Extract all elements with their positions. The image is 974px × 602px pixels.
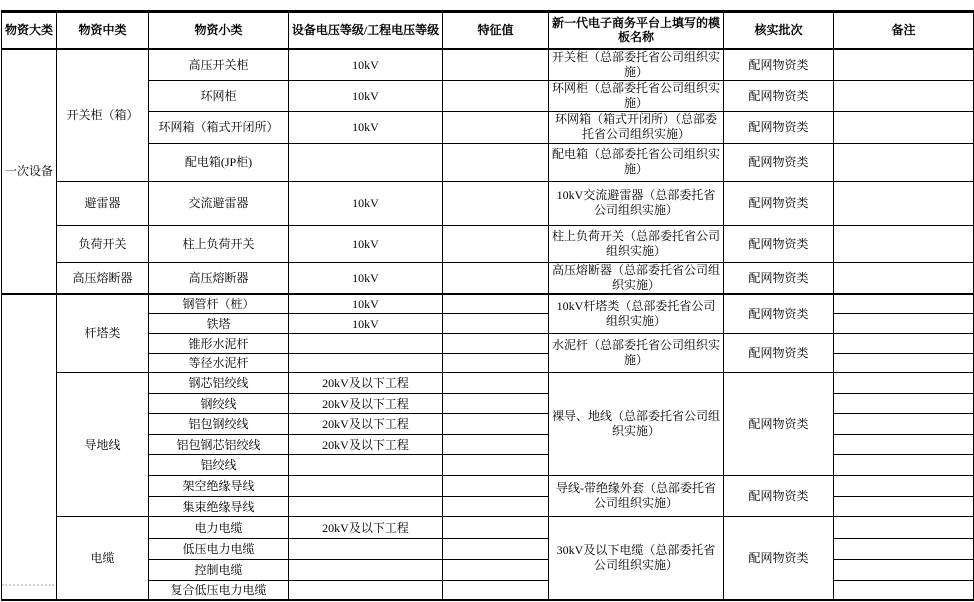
remark-cell xyxy=(834,181,974,225)
remark-cell xyxy=(834,497,974,517)
remark-cell xyxy=(834,143,974,181)
feature-value-cell xyxy=(443,294,549,314)
table-row: 导地线 钢芯铝绞线 20kV及以下工程 裸导、地线（总部委托省公司组织实施） 配… xyxy=(2,373,974,394)
remark-cell xyxy=(834,476,974,497)
remark-cell xyxy=(834,455,974,476)
verify-batch-cell: 配网物资类 xyxy=(724,476,834,517)
verify-batch-cell: 配网物资类 xyxy=(724,373,834,476)
header-row: 物资大类 物资中类 物资小类 设备电压等级/工程电压等级 特征值 新一代电子商务… xyxy=(2,12,974,49)
small-category-cell: 铝绞线 xyxy=(149,455,289,476)
voltage-level-cell: 10kV xyxy=(289,294,443,314)
voltage-level-cell xyxy=(289,354,443,373)
voltage-level-cell: 10kV xyxy=(289,314,443,334)
header-small-category: 物资小类 xyxy=(149,12,289,49)
template-name-cell: 环网箱（箱式开闭所）（总部委托省公司组织实施） xyxy=(549,111,724,143)
middle-category-cell: 负荷开关 xyxy=(57,225,149,262)
remark-cell xyxy=(834,294,974,314)
middle-category-cell: 电缆 xyxy=(57,517,149,600)
voltage-level-cell: 20kV及以下工程 xyxy=(289,517,443,539)
header-middle-category: 物资中类 xyxy=(57,12,149,49)
voltage-level-cell: 10kV xyxy=(289,111,443,143)
table-row: 高压熔断器 高压熔断器 10kV 高压熔断器（总部委托省公司组织实施） 配网物资… xyxy=(2,262,974,294)
remark-cell xyxy=(834,225,974,262)
remark-cell xyxy=(834,560,974,581)
remark-cell xyxy=(834,354,974,373)
feature-value-cell xyxy=(443,476,549,497)
header-verify-batch: 核实批次 xyxy=(724,12,834,49)
feature-value-cell xyxy=(443,111,549,143)
feature-value-cell xyxy=(443,581,549,600)
feature-value-cell xyxy=(443,225,549,262)
voltage-level-cell xyxy=(289,581,443,600)
voltage-level-cell xyxy=(289,334,443,354)
feature-value-cell xyxy=(443,394,549,414)
table-row: 负荷开关 柱上负荷开关 10kV 柱上负荷开关（总部委托省公司组织实施） 配网物… xyxy=(2,225,974,262)
feature-value-cell xyxy=(443,143,549,181)
verify-batch-cell: 配网物资类 xyxy=(724,262,834,294)
template-name-cell: 高压熔断器（总部委托省公司组织实施） xyxy=(549,262,724,294)
feature-value-cell xyxy=(443,80,549,111)
small-category-cell: 集束绝缘导线 xyxy=(149,497,289,517)
middle-category-cell: 开关柜（箱） xyxy=(57,49,149,182)
small-category-cell: 配电箱(JP柜) xyxy=(149,143,289,181)
voltage-level-cell xyxy=(289,476,443,497)
feature-value-cell xyxy=(443,435,549,455)
template-name-cell: 开关柜（总部委托省公司组织实施） xyxy=(549,49,724,81)
small-category-cell: 低压电力电缆 xyxy=(149,539,289,560)
feature-value-cell xyxy=(443,455,549,476)
voltage-level-cell xyxy=(289,497,443,517)
table-row: 一次设备 开关柜（箱） 高压开关柜 10kV 开关柜（总部委托省公司组织实施） … xyxy=(2,49,974,81)
remark-cell xyxy=(834,49,974,81)
middle-category-cell: 避雷器 xyxy=(57,181,149,225)
verify-batch-cell: 配网物资类 xyxy=(724,517,834,600)
voltage-level-cell: 10kV xyxy=(289,80,443,111)
template-name-cell: 配电箱（总部委托省公司组织实施） xyxy=(549,143,724,181)
verify-batch-cell: 配网物资类 xyxy=(724,225,834,262)
voltage-level-cell: 20kV及以下工程 xyxy=(289,373,443,394)
remark-cell xyxy=(834,314,974,334)
feature-value-cell xyxy=(443,49,549,81)
header-remark: 备注 xyxy=(834,12,974,49)
verify-batch-cell: 配网物资类 xyxy=(724,294,834,334)
feature-value-cell xyxy=(443,497,549,517)
template-name-cell: 环网柜（总部委托省公司组织实施） xyxy=(549,80,724,111)
voltage-level-cell: 10kV xyxy=(289,181,443,225)
small-category-cell: 复合低压电力电缆 xyxy=(149,581,289,600)
middle-category-cell: 杆塔类 xyxy=(57,294,149,373)
header-major-category: 物资大类 xyxy=(2,12,57,49)
template-name-cell: 10kV杆塔类（总部委托省公司组织实施） xyxy=(549,294,724,334)
small-category-cell: 铁塔 xyxy=(149,314,289,334)
verify-batch-cell: 配网物资类 xyxy=(724,80,834,111)
middle-category-cell: 导地线 xyxy=(57,373,149,517)
feature-value-cell xyxy=(443,314,549,334)
voltage-level-cell xyxy=(289,143,443,181)
remark-cell xyxy=(834,80,974,111)
small-category-cell: 铝包钢绞线 xyxy=(149,414,289,435)
remark-cell xyxy=(834,581,974,600)
voltage-level-cell: 20kV及以下工程 xyxy=(289,435,443,455)
small-category-cell: 高压开关柜 xyxy=(149,49,289,81)
small-category-cell: 控制电缆 xyxy=(149,560,289,581)
verify-batch-cell: 配网物资类 xyxy=(724,111,834,143)
small-category-cell: 交流避雷器 xyxy=(149,181,289,225)
verify-batch-cell: 配网物资类 xyxy=(724,334,834,373)
template-name-cell: 柱上负荷开关（总部委托省公司组织实施） xyxy=(549,225,724,262)
major-category-cell: 一次设备 xyxy=(2,49,57,294)
small-category-cell: 架空绝缘导线 xyxy=(149,476,289,497)
verify-batch-cell: 配网物资类 xyxy=(724,181,834,225)
small-category-cell: 环网柜 xyxy=(149,80,289,111)
template-name-cell: 水泥杆（总部委托省公司组织实施） xyxy=(549,334,724,373)
voltage-level-cell xyxy=(289,539,443,560)
voltage-level-cell: 10kV xyxy=(289,262,443,294)
small-category-cell: 钢管杆（桩） xyxy=(149,294,289,314)
voltage-level-cell: 10kV xyxy=(289,225,443,262)
header-template-name: 新一代电子商务平台上填写的模板名称 xyxy=(549,12,724,49)
material-category-table: 物资大类 物资中类 物资小类 设备电压等级/工程电压等级 特征值 新一代电子商务… xyxy=(1,10,974,601)
verify-batch-cell: 配网物资类 xyxy=(724,143,834,181)
small-category-cell: 锥形水泥杆 xyxy=(149,334,289,354)
table-row: 避雷器 交流避雷器 10kV 10kV交流避雷器（总部委托省公司组织实施） 配网… xyxy=(2,181,974,225)
small-category-cell: 等径水泥杆 xyxy=(149,354,289,373)
middle-category-cell: 高压熔断器 xyxy=(57,262,149,294)
feature-value-cell xyxy=(443,414,549,435)
remark-cell xyxy=(834,394,974,414)
voltage-level-cell xyxy=(289,455,443,476)
template-name-cell: 裸导、地线（总部委托省公司组织实施） xyxy=(549,373,724,476)
voltage-level-cell: 20kV及以下工程 xyxy=(289,414,443,435)
small-category-cell: 柱上负荷开关 xyxy=(149,225,289,262)
header-feature-value: 特征值 xyxy=(443,12,549,49)
remark-cell xyxy=(834,373,974,394)
header-voltage-level: 设备电压等级/工程电压等级 xyxy=(289,12,443,49)
small-category-cell: 电力电缆 xyxy=(149,517,289,539)
cutoff-text-artifact xyxy=(2,584,54,586)
remark-cell xyxy=(834,414,974,435)
table-row: 电缆 电力电缆 20kV及以下工程 30kV及以下电缆（总部委托省公司组织实施）… xyxy=(2,517,974,539)
feature-value-cell xyxy=(443,560,549,581)
template-name-cell: 导线-带绝缘外套（总部委托省公司组织实施） xyxy=(549,476,724,517)
remark-cell xyxy=(834,262,974,294)
feature-value-cell xyxy=(443,539,549,560)
voltage-level-cell: 20kV及以下工程 xyxy=(289,394,443,414)
remark-cell xyxy=(834,334,974,354)
small-category-cell: 钢芯铝绞线 xyxy=(149,373,289,394)
template-name-cell: 10kV交流避雷器（总部委托省公司组织实施） xyxy=(549,181,724,225)
remark-cell xyxy=(834,517,974,539)
small-category-cell: 钢绞线 xyxy=(149,394,289,414)
feature-value-cell xyxy=(443,262,549,294)
feature-value-cell xyxy=(443,334,549,354)
voltage-level-cell xyxy=(289,560,443,581)
remark-cell xyxy=(834,111,974,143)
voltage-level-cell: 10kV xyxy=(289,49,443,81)
feature-value-cell xyxy=(443,373,549,394)
small-category-cell: 环网箱（箱式开闭所） xyxy=(149,111,289,143)
table-row: 杆塔类 钢管杆（桩） 10kV 10kV杆塔类（总部委托省公司组织实施） 配网物… xyxy=(2,294,974,314)
small-category-cell: 铝包钢芯铝绞线 xyxy=(149,435,289,455)
remark-cell xyxy=(834,539,974,560)
template-name-cell: 30kV及以下电缆（总部委托省公司组织实施） xyxy=(549,517,724,600)
feature-value-cell xyxy=(443,181,549,225)
major-category-cell xyxy=(2,294,57,600)
small-category-cell: 高压熔断器 xyxy=(149,262,289,294)
remark-cell xyxy=(834,435,974,455)
verify-batch-cell: 配网物资类 xyxy=(724,49,834,81)
feature-value-cell xyxy=(443,517,549,539)
feature-value-cell xyxy=(443,354,549,373)
